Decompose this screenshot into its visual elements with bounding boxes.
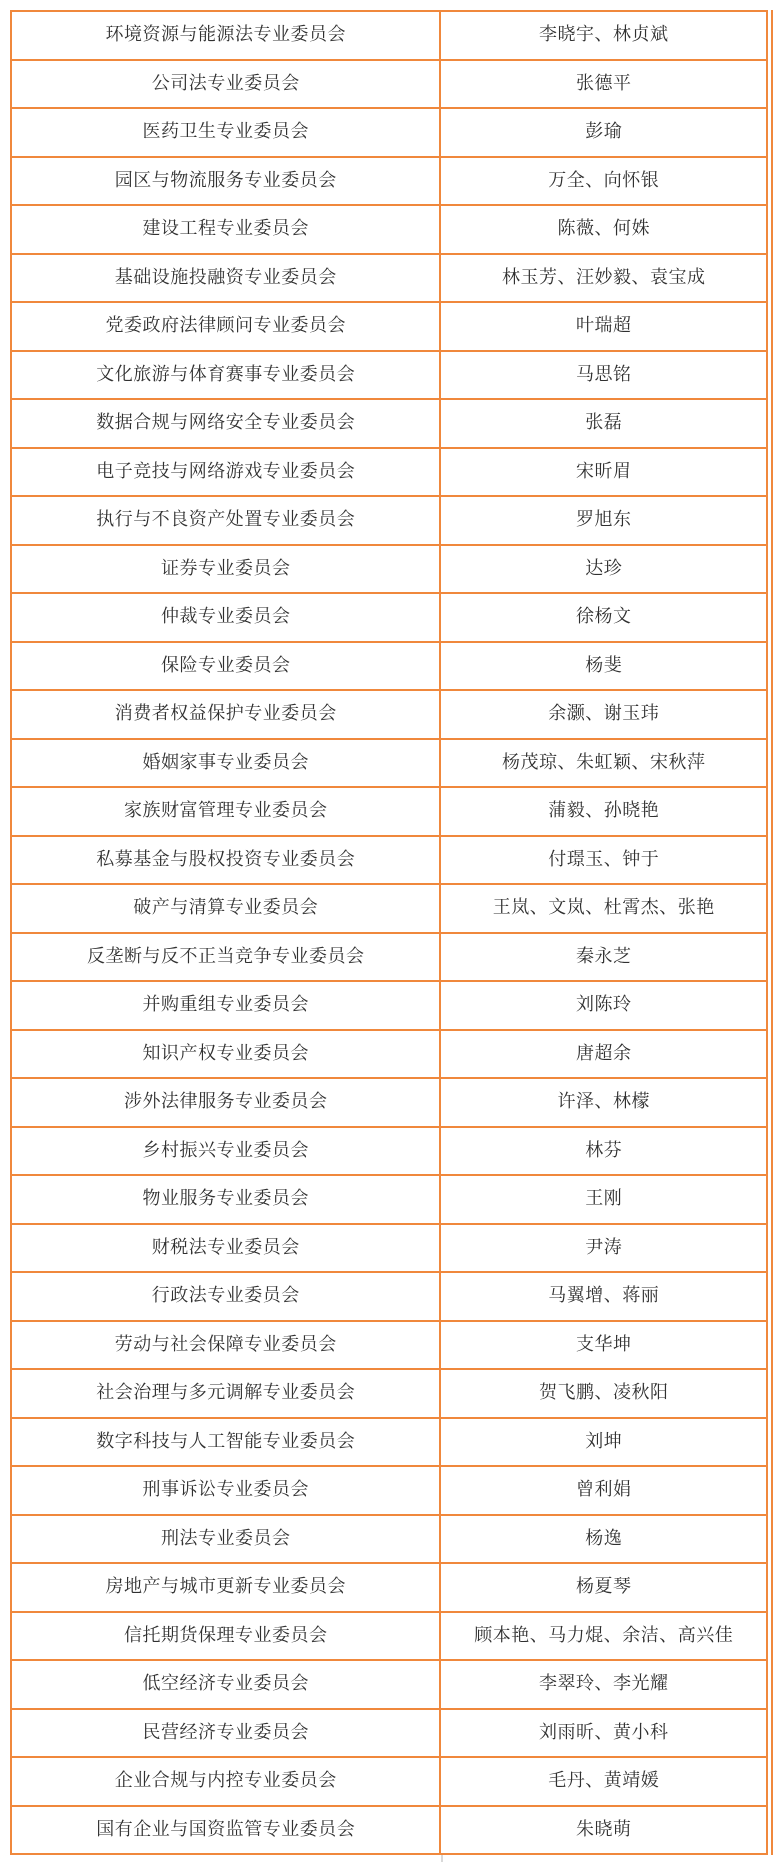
committee-name-cell: 家族财富管理专业委员会 xyxy=(11,787,440,836)
committee-name-cell: 刑法专业委员会 xyxy=(11,1515,440,1564)
committee-leaders-cell: 秦永芝 xyxy=(440,933,767,982)
table-row: 涉外法律服务专业委员会 许泽、林檬 xyxy=(11,1078,767,1127)
table-row: 执行与不良资产处置专业委员会 罗旭东 xyxy=(11,496,767,545)
committee-name-cell: 婚姻家事专业委员会 xyxy=(11,739,440,788)
committee-name-cell: 电子竞技与网络游戏专业委员会 xyxy=(11,448,440,497)
committee-name-cell: 涉外法律服务专业委员会 xyxy=(11,1078,440,1127)
table-row: 乡村振兴专业委员会 林芬 xyxy=(11,1127,767,1176)
table-row: 信托期货保理专业委员会 顾本艳、马力焜、余洁、高兴佳 xyxy=(11,1612,767,1661)
table-row: 知识产权专业委员会 唐超余 xyxy=(11,1030,767,1079)
committee-leaders-cell: 李晓宇、林贞斌 xyxy=(440,11,767,60)
page: 环境资源与能源法专业委员会 李晓宇、林贞斌 公司法专业委员会 张德平 医药卫生专… xyxy=(0,0,780,1862)
table-row: 环境资源与能源法专业委员会 李晓宇、林贞斌 xyxy=(11,11,767,60)
committee-leaders-cell: 林玉芳、汪妙毅、袁宝成 xyxy=(440,254,767,303)
committee-table: 环境资源与能源法专业委员会 李晓宇、林贞斌 公司法专业委员会 张德平 医药卫生专… xyxy=(10,10,768,1855)
committee-leaders-cell: 刘陈玲 xyxy=(440,981,767,1030)
table-row: 电子竞技与网络游戏专业委员会 宋昕眉 xyxy=(11,448,767,497)
committee-leaders-cell: 许泽、林檬 xyxy=(440,1078,767,1127)
committee-name-cell: 党委政府法律顾问专业委员会 xyxy=(11,302,440,351)
committee-leaders-cell: 宋昕眉 xyxy=(440,448,767,497)
committee-leaders-cell: 刘坤 xyxy=(440,1418,767,1467)
table-row: 建设工程专业委员会 陈薇、何姝 xyxy=(11,205,767,254)
committee-name-cell: 破产与清算专业委员会 xyxy=(11,884,440,933)
table-row: 医药卫生专业委员会 彭瑜 xyxy=(11,108,767,157)
committee-leaders-cell: 万全、向怀银 xyxy=(440,157,767,206)
committee-name-cell: 数字科技与人工智能专业委员会 xyxy=(11,1418,440,1467)
committee-leaders-cell: 王岚、文岚、杜霄杰、张艳 xyxy=(440,884,767,933)
committee-leaders-cell: 罗旭东 xyxy=(440,496,767,545)
committee-name-cell: 医药卫生专业委员会 xyxy=(11,108,440,157)
table-row: 保险专业委员会 杨斐 xyxy=(11,642,767,691)
committee-table-body: 环境资源与能源法专业委员会 李晓宇、林贞斌 公司法专业委员会 张德平 医药卫生专… xyxy=(11,11,767,1854)
committee-name-cell: 环境资源与能源法专业委员会 xyxy=(11,11,440,60)
table-row: 民营经济专业委员会 刘雨昕、黄小科 xyxy=(11,1709,767,1758)
table-row: 公司法专业委员会 张德平 xyxy=(11,60,767,109)
committee-leaders-cell: 张磊 xyxy=(440,399,767,448)
committee-name-cell: 并购重组专业委员会 xyxy=(11,981,440,1030)
committee-leaders-cell: 支华坤 xyxy=(440,1321,767,1370)
committee-name-cell: 劳动与社会保障专业委员会 xyxy=(11,1321,440,1370)
table-row: 园区与物流服务专业委员会 万全、向怀银 xyxy=(11,157,767,206)
table-row: 家族财富管理专业委员会 蒲毅、孙晓艳 xyxy=(11,787,767,836)
committee-name-cell: 房地产与城市更新专业委员会 xyxy=(11,1563,440,1612)
table-row: 物业服务专业委员会 王刚 xyxy=(11,1175,767,1224)
committee-leaders-cell: 陈薇、何姝 xyxy=(440,205,767,254)
committee-leaders-cell: 刘雨昕、黄小科 xyxy=(440,1709,767,1758)
committee-leaders-cell: 尹涛 xyxy=(440,1224,767,1273)
committee-leaders-cell: 余灏、谢玉玮 xyxy=(440,690,767,739)
committee-leaders-cell: 马翼增、蒋丽 xyxy=(440,1272,767,1321)
table-row: 证券专业委员会 达珍 xyxy=(11,545,767,594)
committee-name-cell: 信托期货保理专业委员会 xyxy=(11,1612,440,1661)
committee-name-cell: 数据合规与网络安全专业委员会 xyxy=(11,399,440,448)
committee-leaders-cell: 林芬 xyxy=(440,1127,767,1176)
table-row: 文化旅游与体育赛事专业委员会 马思铭 xyxy=(11,351,767,400)
committee-leaders-cell: 顾本艳、马力焜、余洁、高兴佳 xyxy=(440,1612,767,1661)
committee-name-cell: 民营经济专业委员会 xyxy=(11,1709,440,1758)
partial-next-row-divider xyxy=(441,1855,443,1862)
table-row: 刑事诉讼专业委员会 曾利娟 xyxy=(11,1466,767,1515)
table-row: 私募基金与股权投资专业委员会 付璟玉、钟于 xyxy=(11,836,767,885)
committee-leaders-cell: 毛丹、黄靖媛 xyxy=(440,1757,767,1806)
committee-name-cell: 保险专业委员会 xyxy=(11,642,440,691)
committee-leaders-cell: 王刚 xyxy=(440,1175,767,1224)
committee-name-cell: 财税法专业委员会 xyxy=(11,1224,440,1273)
committee-name-cell: 公司法专业委员会 xyxy=(11,60,440,109)
table-row: 消费者权益保护专业委员会 余灏、谢玉玮 xyxy=(11,690,767,739)
committee-leaders-cell: 杨夏琴 xyxy=(440,1563,767,1612)
table-row: 仲裁专业委员会 徐杨文 xyxy=(11,593,767,642)
committee-leaders-cell: 杨斐 xyxy=(440,642,767,691)
committee-name-cell: 反垄断与反不正当竞争专业委员会 xyxy=(11,933,440,982)
committee-leaders-cell: 杨逸 xyxy=(440,1515,767,1564)
table-row: 数据合规与网络安全专业委员会 张磊 xyxy=(11,399,767,448)
committee-name-cell: 基础设施投融资专业委员会 xyxy=(11,254,440,303)
table-row: 婚姻家事专业委员会 杨茂琼、朱虹颖、宋秋萍 xyxy=(11,739,767,788)
table-row: 党委政府法律顾问专业委员会 叶瑞超 xyxy=(11,302,767,351)
committee-name-cell: 企业合规与内控专业委员会 xyxy=(11,1757,440,1806)
committee-leaders-cell: 唐超余 xyxy=(440,1030,767,1079)
committee-name-cell: 园区与物流服务专业委员会 xyxy=(11,157,440,206)
committee-name-cell: 文化旅游与体育赛事专业委员会 xyxy=(11,351,440,400)
table-row: 并购重组专业委员会 刘陈玲 xyxy=(11,981,767,1030)
table-row: 企业合规与内控专业委员会 毛丹、黄靖媛 xyxy=(11,1757,767,1806)
committee-leaders-cell: 曾利娟 xyxy=(440,1466,767,1515)
table-row: 数字科技与人工智能专业委员会 刘坤 xyxy=(11,1418,767,1467)
table-outer-right-border xyxy=(771,10,773,1855)
committee-name-cell: 国有企业与国资监管专业委员会 xyxy=(11,1806,440,1855)
table-row: 劳动与社会保障专业委员会 支华坤 xyxy=(11,1321,767,1370)
committee-name-cell: 行政法专业委员会 xyxy=(11,1272,440,1321)
committee-name-cell: 执行与不良资产处置专业委员会 xyxy=(11,496,440,545)
table-row: 国有企业与国资监管专业委员会 朱晓萌 xyxy=(11,1806,767,1855)
table-row: 反垄断与反不正当竞争专业委员会 秦永芝 xyxy=(11,933,767,982)
committee-name-cell: 私募基金与股权投资专业委员会 xyxy=(11,836,440,885)
committee-leaders-cell: 朱晓萌 xyxy=(440,1806,767,1855)
committee-leaders-cell: 叶瑞超 xyxy=(440,302,767,351)
committee-name-cell: 知识产权专业委员会 xyxy=(11,1030,440,1079)
table-row: 行政法专业委员会 马翼增、蒋丽 xyxy=(11,1272,767,1321)
committee-leaders-cell: 杨茂琼、朱虹颖、宋秋萍 xyxy=(440,739,767,788)
committee-leaders-cell: 张德平 xyxy=(440,60,767,109)
committee-name-cell: 建设工程专业委员会 xyxy=(11,205,440,254)
committee-name-cell: 乡村振兴专业委员会 xyxy=(11,1127,440,1176)
committee-leaders-cell: 达珍 xyxy=(440,545,767,594)
committee-leaders-cell: 李翠玲、李光耀 xyxy=(440,1660,767,1709)
committee-leaders-cell: 贺飞鹏、凌秋阳 xyxy=(440,1369,767,1418)
table-row: 房地产与城市更新专业委员会 杨夏琴 xyxy=(11,1563,767,1612)
table-row: 刑法专业委员会 杨逸 xyxy=(11,1515,767,1564)
committee-name-cell: 低空经济专业委员会 xyxy=(11,1660,440,1709)
committee-leaders-cell: 徐杨文 xyxy=(440,593,767,642)
committee-name-cell: 证券专业委员会 xyxy=(11,545,440,594)
committee-leaders-cell: 彭瑜 xyxy=(440,108,767,157)
committee-leaders-cell: 付璟玉、钟于 xyxy=(440,836,767,885)
committee-leaders-cell: 马思铭 xyxy=(440,351,767,400)
committee-name-cell: 消费者权益保护专业委员会 xyxy=(11,690,440,739)
committee-name-cell: 社会治理与多元调解专业委员会 xyxy=(11,1369,440,1418)
table-row: 基础设施投融资专业委员会 林玉芳、汪妙毅、袁宝成 xyxy=(11,254,767,303)
table-row: 低空经济专业委员会 李翠玲、李光耀 xyxy=(11,1660,767,1709)
table-row: 破产与清算专业委员会 王岚、文岚、杜霄杰、张艳 xyxy=(11,884,767,933)
committee-name-cell: 刑事诉讼专业委员会 xyxy=(11,1466,440,1515)
table-row: 社会治理与多元调解专业委员会 贺飞鹏、凌秋阳 xyxy=(11,1369,767,1418)
committee-leaders-cell: 蒲毅、孙晓艳 xyxy=(440,787,767,836)
committee-name-cell: 仲裁专业委员会 xyxy=(11,593,440,642)
committee-name-cell: 物业服务专业委员会 xyxy=(11,1175,440,1224)
table-row: 财税法专业委员会 尹涛 xyxy=(11,1224,767,1273)
